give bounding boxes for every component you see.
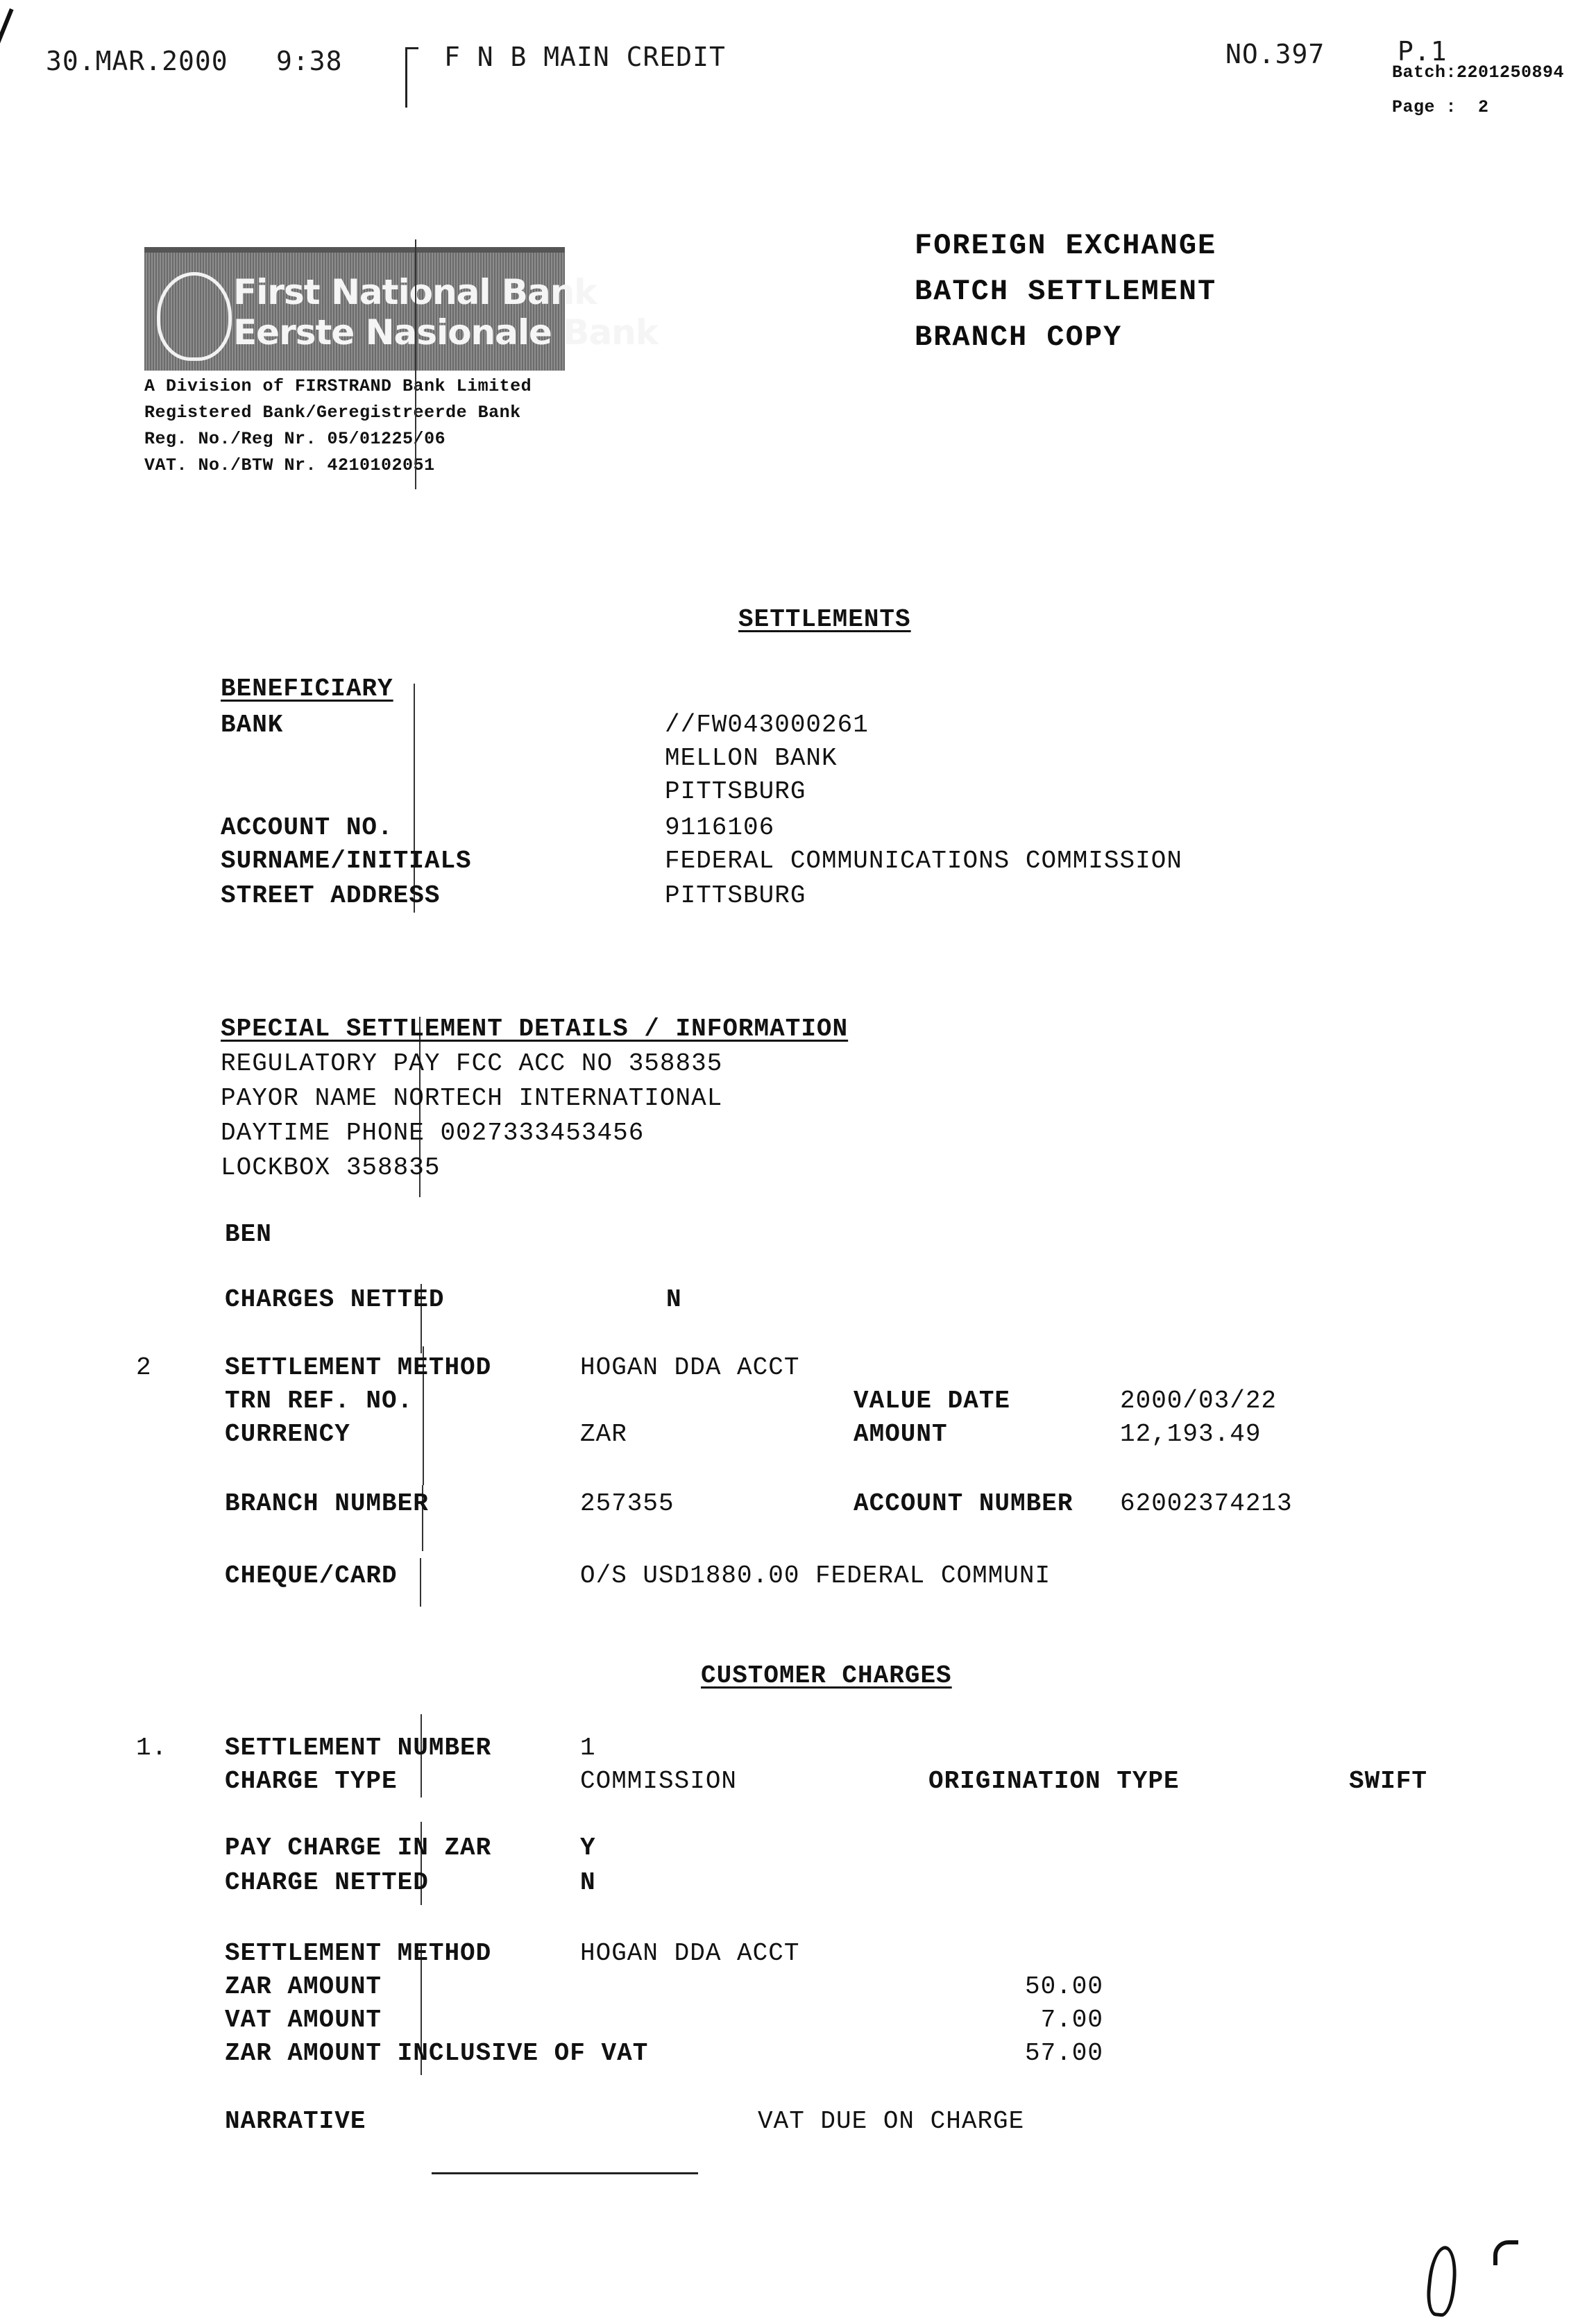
settlements-heading: SETTLEMENTS <box>738 605 911 634</box>
ben-charges-code: BEN <box>225 1220 272 1249</box>
street-address-label: STREET ADDRESS <box>221 881 440 910</box>
currency-label: CURRENCY <box>225 1420 350 1448</box>
amount-label: AMOUNT <box>854 1420 948 1448</box>
bracket-mark <box>405 47 418 108</box>
settlement-method-value: HOGAN DDA ACCT <box>580 1353 799 1382</box>
charge-netted-label: CHARGE NETTED <box>225 1868 429 1897</box>
settlement-number-label: SETTLEMENT NUMBER <box>225 1734 491 1762</box>
account-number-label: ACCOUNT NUMBER <box>854 1489 1073 1518</box>
lockbox-line: LOCKBOX 358835 <box>221 1153 440 1182</box>
surname-value: FEDERAL COMMUNICATIONS COMMISSION <box>665 847 1182 875</box>
origination-type-label: ORIGINATION TYPE <box>928 1767 1180 1795</box>
settlement-method-label: SETTLEMENT METHOD <box>225 1353 491 1382</box>
scan-artefact-line <box>414 684 415 913</box>
bank-division: A Division of FIRSTRAND Bank Limited <box>144 376 532 396</box>
charge-index: 1. <box>136 1734 167 1762</box>
charges-netted-label: CHARGES NETTED <box>225 1285 444 1314</box>
street-address-value: PITTSBURG <box>665 881 806 910</box>
fax-time: 9:38 <box>276 46 343 76</box>
logo-line-2: Eerste Nasionale Bank <box>233 312 658 353</box>
tree-emblem-icon <box>157 272 232 361</box>
customer-charges-heading: CUSTOMER CHARGES <box>701 1661 952 1690</box>
batch-page: Page : 2 <box>1392 97 1489 117</box>
charges-netted-value: N <box>666 1285 682 1314</box>
charge-type-value: COMMISSION <box>580 1767 737 1795</box>
value-date-label: VALUE DATE <box>854 1387 1010 1415</box>
cheque-card-label: CHEQUE/CARD <box>225 1562 398 1590</box>
account-number-value: 62002374213 <box>1120 1489 1293 1518</box>
charge-method-value: HOGAN DDA ACCT <box>580 1939 799 1968</box>
bank-vat-no: VAT. No./BTW Nr. 4210102051 <box>144 455 435 475</box>
beneficiary-bank-label: BANK <box>221 711 283 739</box>
zar-incl-vat-value: 57.00 <box>1010 2039 1103 2067</box>
scan-artefact-line <box>415 239 416 489</box>
zar-incl-vat-label: ZAR AMOUNT INCLUSIVE OF VAT <box>225 2039 648 2067</box>
beneficiary-bank-name: MELLON BANK <box>665 744 838 772</box>
handwritten-slash-mark <box>0 8 14 92</box>
signature-rule <box>432 2172 698 2174</box>
vat-amount-value: 7.00 <box>1010 2006 1103 2034</box>
bank-reg-no: Reg. No./Reg Nr. 05/01225/06 <box>144 429 445 449</box>
payor-name-line: PAYOR NAME NORTECH INTERNATIONAL <box>221 1084 722 1113</box>
doc-title-line-2: BATCH SETTLEMENT <box>915 275 1216 308</box>
handwritten-initial-mark <box>1425 2244 1459 2318</box>
narrative-label: NARRATIVE <box>225 2107 366 2135</box>
narrative-value: VAT DUE ON CHARGE <box>758 2107 1024 2135</box>
bank-logo: First National Bank Eerste Nasionale Ban… <box>144 247 565 371</box>
branch-number-label: BRANCH NUMBER <box>225 1489 429 1518</box>
pay-charge-zar-label: PAY CHARGE IN ZAR <box>225 1834 491 1862</box>
handwritten-tick-mark <box>1493 2240 1518 2265</box>
doc-title-line-1: FOREIGN EXCHANGE <box>915 229 1216 262</box>
pay-charge-zar-value: Y <box>580 1834 596 1862</box>
zar-amount-label: ZAR AMOUNT <box>225 1972 382 2001</box>
zar-amount-value: 50.00 <box>1010 1972 1103 2001</box>
special-details-heading: SPECIAL SETTLEMENT DETAILS / INFORMATION <box>221 1015 848 1043</box>
fax-date: 30.MAR.2000 <box>46 46 228 76</box>
amount-value: 12,193.49 <box>1120 1420 1261 1448</box>
bank-registered: Registered Bank/Geregistreerde Bank <box>144 403 521 423</box>
value-date-value: 2000/03/22 <box>1120 1387 1277 1415</box>
settlement-index: 2 <box>136 1353 152 1382</box>
trn-ref-label: TRN REF. NO. <box>225 1387 413 1415</box>
batch-number: Batch:2201250894 <box>1392 62 1564 83</box>
currency-value: ZAR <box>580 1420 627 1448</box>
surname-label: SURNAME/INITIALS <box>221 847 472 875</box>
daytime-phone-line: DAYTIME PHONE 0027333453456 <box>221 1119 644 1147</box>
beneficiary-bank-city: PITTSBURG <box>665 777 806 806</box>
account-no-value: 9116106 <box>665 813 774 842</box>
beneficiary-heading: BENEFICIARY <box>221 675 393 703</box>
fax-sender: F N B MAIN CREDIT <box>444 42 726 72</box>
vat-amount-label: VAT AMOUNT <box>225 2006 382 2034</box>
cheque-card-value: O/S USD1880.00 FEDERAL COMMUNI <box>580 1562 1051 1590</box>
charge-method-label: SETTLEMENT METHOD <box>225 1939 491 1968</box>
branch-number-value: 257355 <box>580 1489 674 1518</box>
account-no-label: ACCOUNT NO. <box>221 813 393 842</box>
scan-artefact-line <box>420 1558 421 1607</box>
origination-type-value: SWIFT <box>1349 1767 1427 1795</box>
doc-title-line-3: BRANCH COPY <box>915 321 1122 354</box>
beneficiary-bank-code: //FW043000261 <box>665 711 869 739</box>
regulatory-line: REGULATORY PAY FCC ACC NO 358835 <box>221 1049 722 1078</box>
charge-netted-value: N <box>580 1868 596 1897</box>
settlement-number-value: 1 <box>580 1734 596 1762</box>
charge-type-label: CHARGE TYPE <box>225 1767 398 1795</box>
fax-number: NO.397 <box>1225 39 1325 69</box>
